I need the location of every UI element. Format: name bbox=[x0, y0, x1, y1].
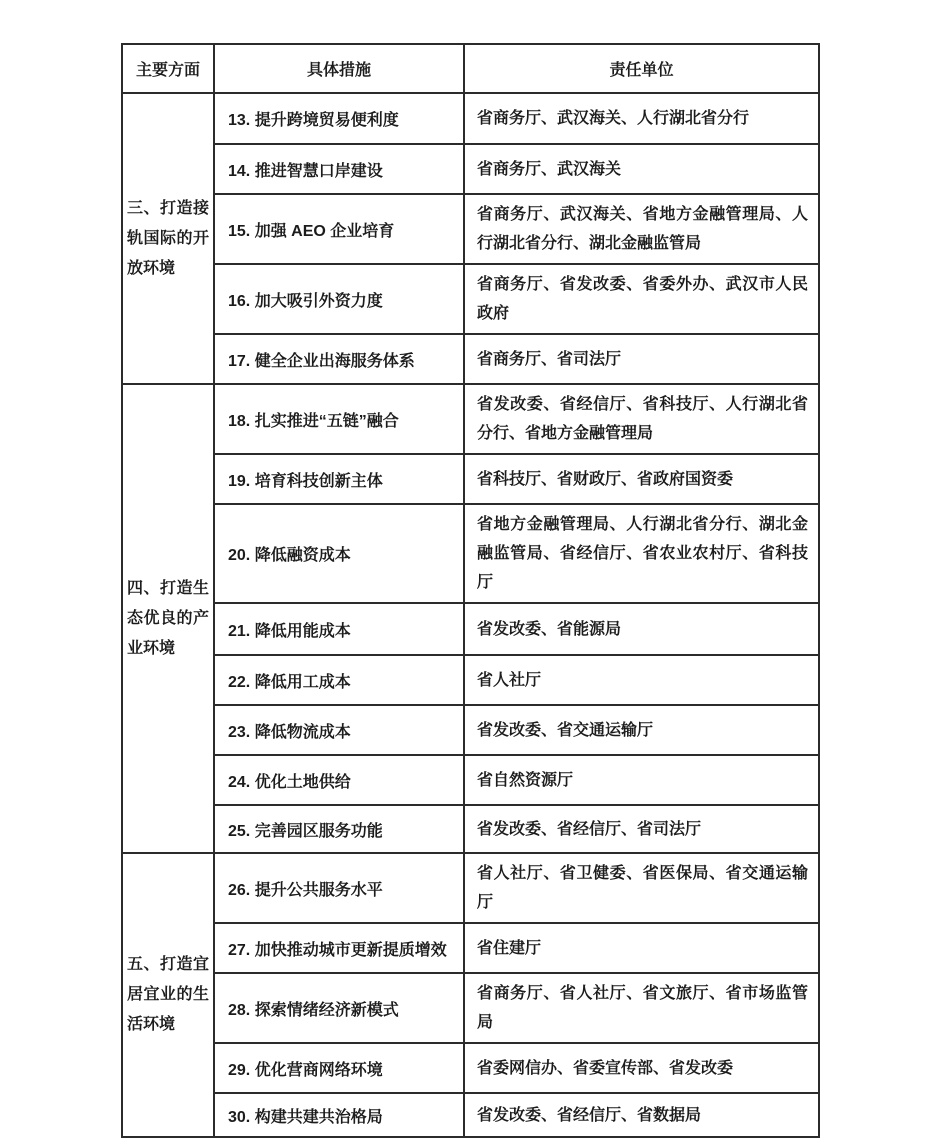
table-row: 20. 降低融资成本 省地方金融管理局、人行湖北省分行、湖北金融监管局、省经信厅… bbox=[122, 504, 819, 603]
measure-25: 25. 完善园区服务功能 bbox=[214, 805, 464, 853]
table-row: 28. 探索情绪经济新模式 省商务厅、省人社厅、省文旅厅、省市场监管局 bbox=[122, 973, 819, 1043]
table-row: 五、打造宜居宜业的生活环境 26. 提升公共服务水平 省人社厅、省卫健委、省医保… bbox=[122, 853, 819, 923]
table-row: 三、打造接轨国际的开放环境 13. 提升跨境贸易便利度 省商务厅、武汉海关、人行… bbox=[122, 93, 819, 144]
table-row: 17. 健全企业出海服务体系 省商务厅、省司法厅 bbox=[122, 334, 819, 384]
table-row: 四、打造生态优良的产业环境 18. 扎实推进“五链”融合 省发改委、省经信厅、省… bbox=[122, 384, 819, 454]
measures-responsibility-table: 主要方面 具体措施 责任单位 三、打造接轨国际的开放环境 13. 提升跨境贸易便… bbox=[121, 43, 820, 1138]
aspect-section-4: 四、打造生态优良的产业环境 bbox=[122, 384, 214, 853]
measure-27: 27. 加快推动城市更新提质增效 bbox=[214, 923, 464, 973]
measure-22: 22. 降低用工成本 bbox=[214, 655, 464, 705]
aspect-section-5: 五、打造宜居宜业的生活环境 bbox=[122, 853, 214, 1137]
measure-19: 19. 培育科技创新主体 bbox=[214, 454, 464, 504]
measure-30: 30. 构建共建共治格局 bbox=[214, 1093, 464, 1137]
table-row: 23. 降低物流成本 省发改委、省交通运输厅 bbox=[122, 705, 819, 755]
table-row: 21. 降低用能成本 省发改委、省能源局 bbox=[122, 603, 819, 655]
measure-13: 13. 提升跨境贸易便利度 bbox=[214, 93, 464, 144]
units-19: 省科技厅、省财政厅、省政府国资委 bbox=[464, 454, 819, 504]
measure-29: 29. 优化营商网络环境 bbox=[214, 1043, 464, 1093]
measure-15: 15. 加强 AEO 企业培育 bbox=[214, 194, 464, 264]
units-13: 省商务厅、武汉海关、人行湖北省分行 bbox=[464, 93, 819, 144]
units-30: 省发改委、省经信厅、省数据局 bbox=[464, 1093, 819, 1137]
header-responsible-unit: 责任单位 bbox=[464, 44, 819, 93]
units-28: 省商务厅、省人社厅、省文旅厅、省市场监管局 bbox=[464, 973, 819, 1043]
units-17: 省商务厅、省司法厅 bbox=[464, 334, 819, 384]
units-15: 省商务厅、武汉海关、省地方金融管理局、人行湖北省分行、湖北金融监管局 bbox=[464, 194, 819, 264]
table-row: 25. 完善园区服务功能 省发改委、省经信厅、省司法厅 bbox=[122, 805, 819, 853]
units-21: 省发改委、省能源局 bbox=[464, 603, 819, 655]
units-20: 省地方金融管理局、人行湖北省分行、湖北金融监管局、省经信厅、省农业农村厅、省科技… bbox=[464, 504, 819, 603]
measure-18: 18. 扎实推进“五链”融合 bbox=[214, 384, 464, 454]
measure-26: 26. 提升公共服务水平 bbox=[214, 853, 464, 923]
table-row: 29. 优化营商网络环境 省委网信办、省委宣传部、省发改委 bbox=[122, 1043, 819, 1093]
document-page: 主要方面 具体措施 责任单位 三、打造接轨国际的开放环境 13. 提升跨境贸易便… bbox=[0, 0, 943, 1056]
table-row: 27. 加快推动城市更新提质增效 省住建厅 bbox=[122, 923, 819, 973]
units-16: 省商务厅、省发改委、省委外办、武汉市人民政府 bbox=[464, 264, 819, 334]
measure-23: 23. 降低物流成本 bbox=[214, 705, 464, 755]
measure-28: 28. 探索情绪经济新模式 bbox=[214, 973, 464, 1043]
table-row: 19. 培育科技创新主体 省科技厅、省财政厅、省政府国资委 bbox=[122, 454, 819, 504]
units-14: 省商务厅、武汉海关 bbox=[464, 144, 819, 194]
table-row: 30. 构建共建共治格局 省发改委、省经信厅、省数据局 bbox=[122, 1093, 819, 1137]
table-row: 15. 加强 AEO 企业培育 省商务厅、武汉海关、省地方金融管理局、人行湖北省… bbox=[122, 194, 819, 264]
units-29: 省委网信办、省委宣传部、省发改委 bbox=[464, 1043, 819, 1093]
table-row: 14. 推进智慧口岸建设 省商务厅、武汉海关 bbox=[122, 144, 819, 194]
units-18: 省发改委、省经信厅、省科技厅、人行湖北省分行、省地方金融管理局 bbox=[464, 384, 819, 454]
measure-14: 14. 推进智慧口岸建设 bbox=[214, 144, 464, 194]
table-row: 16. 加大吸引外资力度 省商务厅、省发改委、省委外办、武汉市人民政府 bbox=[122, 264, 819, 334]
header-main-aspect: 主要方面 bbox=[122, 44, 214, 93]
aspect-section-3: 三、打造接轨国际的开放环境 bbox=[122, 93, 214, 384]
units-23: 省发改委、省交通运输厅 bbox=[464, 705, 819, 755]
units-24: 省自然资源厅 bbox=[464, 755, 819, 805]
measure-24: 24. 优化土地供给 bbox=[214, 755, 464, 805]
measure-21: 21. 降低用能成本 bbox=[214, 603, 464, 655]
measure-17: 17. 健全企业出海服务体系 bbox=[214, 334, 464, 384]
header-specific-measure: 具体措施 bbox=[214, 44, 464, 93]
measure-20: 20. 降低融资成本 bbox=[214, 504, 464, 603]
units-26: 省人社厅、省卫健委、省医保局、省交通运输厅 bbox=[464, 853, 819, 923]
units-25: 省发改委、省经信厅、省司法厅 bbox=[464, 805, 819, 853]
table-row: 24. 优化土地供给 省自然资源厅 bbox=[122, 755, 819, 805]
units-22: 省人社厅 bbox=[464, 655, 819, 705]
table-row: 22. 降低用工成本 省人社厅 bbox=[122, 655, 819, 705]
table-header-row: 主要方面 具体措施 责任单位 bbox=[122, 44, 819, 93]
units-27: 省住建厅 bbox=[464, 923, 819, 973]
measure-16: 16. 加大吸引外资力度 bbox=[214, 264, 464, 334]
